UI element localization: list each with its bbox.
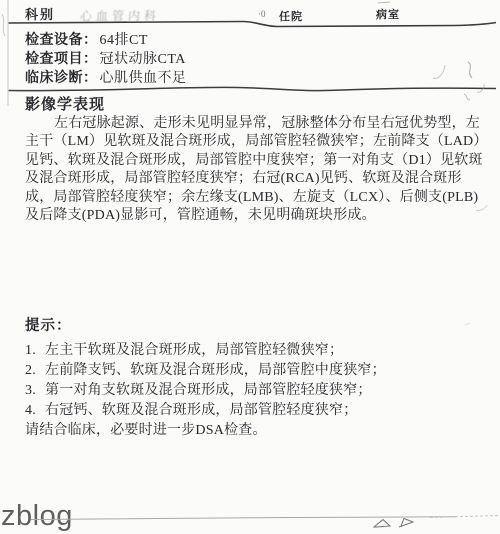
clinical-diagnosis-label: 临床诊断： [25, 71, 98, 86]
impression-item-text: 第一对角支软斑及混合斑形成，局部管腔轻度狭窄； [45, 383, 372, 398]
scan-artifact [465, 323, 470, 325]
findings-line: 主干（LM）见软斑及混合斑形成，局部管腔轻微狭窄；左前降支（LAD） [25, 133, 487, 151]
watermark-text: zblog [1, 500, 73, 533]
impression-item-number: 3. [25, 381, 45, 401]
impression-item: 1.左主干软斑及混合斑形成，局部管腔轻微狭窄； [25, 341, 487, 361]
scan-artifact [433, 65, 445, 78]
exam-device-row: 检查设备：64排CT [25, 31, 148, 50]
findings-paragraph: 左右冠脉起源、走形未见明显异常，冠脉整体分布呈右冠优势型，左 主干（LM）见软斑… [25, 115, 487, 225]
inpatient-label: 任院 [279, 8, 303, 24]
triangle-mark [399, 519, 413, 528]
findings-line: 见钙、软斑及混合斑形成，局部管腔中度狭窄；第一对角支（D1）见软斑 [25, 152, 487, 170]
impression-item-number: 4. [25, 401, 45, 421]
scan-artifact [378, 2, 390, 3]
scan-artifact [468, 62, 472, 78]
impression-item: 2.左前降支钙、软斑及混合斑形成，局部管腔中度狭窄； [25, 361, 487, 381]
impression-item-text: 右冠钙、软斑及混合斑形成，局部管腔轻度狭窄； [45, 403, 357, 418]
footer-rule [31, 517, 456, 520]
exam-item-row: 检查项目：冠状动脉CTA [25, 50, 186, 69]
scanned-report-page: 科别 心血管内科 ·0 任院 病室 检查设备：64排CT 检查项目：冠状动脉CT… [0, 0, 500, 534]
impression-item: 4.右冠钙、软斑及混合斑形成，局部管腔轻度狭窄； [25, 401, 487, 421]
impression-item-text: 左主干软斑及混合斑形成，局部管腔轻微狭窄； [45, 343, 343, 358]
inpatient-prefix-mark: ·0 [258, 9, 266, 19]
scan-artifact [477, 84, 484, 92]
dept-value-faint: 心血管内科 [79, 7, 160, 24]
clinical-diagnosis-row: 临床诊断：心肌供血不足 [25, 69, 187, 88]
impression-list: 1.左主干软斑及混合斑形成，局部管腔轻微狭窄； 2.左前降支钙、软斑及混合斑形成… [25, 341, 487, 441]
findings-line: 及混合斑形成，局部管腔轻度狭窄；右冠(RCA)见钙、软斑及混合斑形 [25, 170, 487, 188]
findings-line: 成，局部管腔轻度狭窄；余左缘支(LMB)、左旋支（LCX）、后侧支(PLB) [25, 189, 487, 207]
findings-line: 及后降支(PDA)显影可，管腔通畅，未见明确斑块形成。 [25, 207, 487, 225]
exam-item-value: 冠状动脉CTA [100, 52, 186, 67]
impression-note: 请结合临床，必要时进一步DSA检查。 [25, 421, 487, 441]
clinical-diagnosis-value: 心肌供血不足 [100, 71, 187, 86]
findings-line: 左右冠脉起源、走形未见明显异常，冠脉整体分布呈右冠优势型，左 [25, 115, 487, 133]
scan-artifact [464, 94, 470, 100]
impression-item-text: 左前降支钙、软斑及混合斑形成，局部管腔中度狭窄； [45, 363, 386, 378]
impression-heading: 提示： [25, 314, 72, 335]
footer-rule-dashed-tail [430, 516, 498, 518]
left-edge-mark [2, 14, 5, 36]
exam-item-label: 检查项目： [25, 52, 98, 67]
ward-label: 病室 [376, 6, 400, 22]
impression-item: 3.第一对角支软斑及混合斑形成，局部管腔轻度狭窄； [25, 381, 487, 401]
dept-label: 科别 [25, 4, 55, 23]
impression-item-number: 2. [25, 361, 45, 381]
impression-item-number: 1. [25, 341, 45, 361]
triangle-mark [374, 520, 390, 528]
exam-device-value: 64排CT [100, 33, 148, 48]
exam-device-label: 检查设备： [25, 33, 98, 48]
findings-heading: 影像学表现 [25, 93, 105, 114]
